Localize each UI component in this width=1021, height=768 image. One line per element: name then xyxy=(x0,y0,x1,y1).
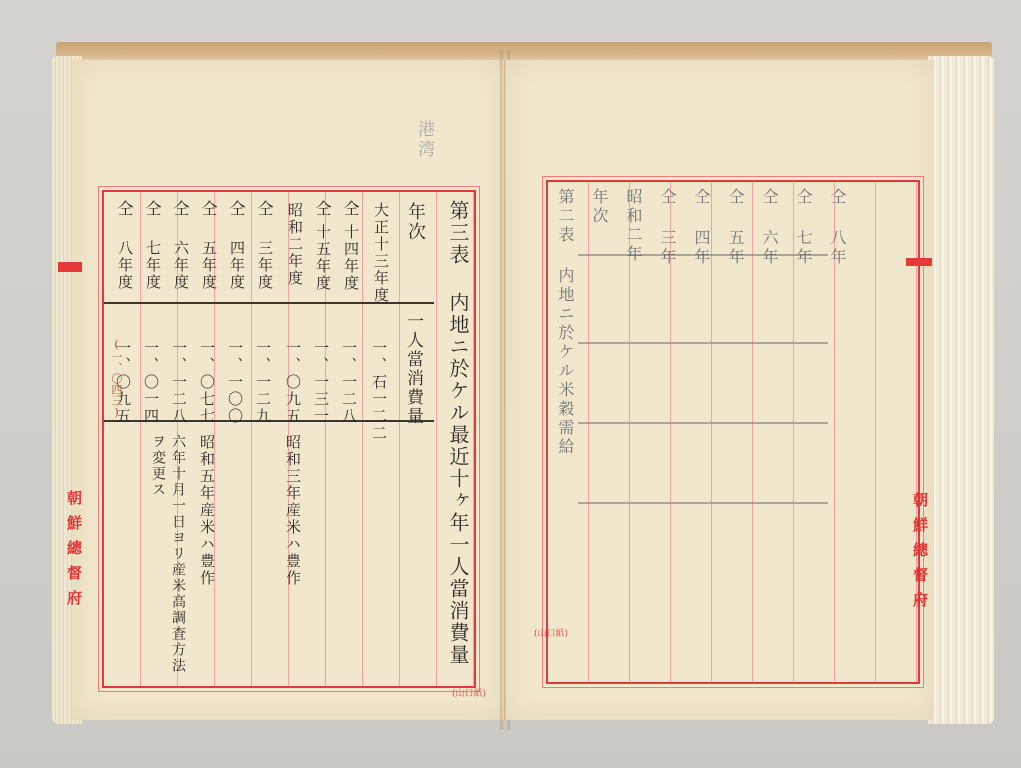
row-year: 八年度 xyxy=(115,240,136,291)
ruled-table-frame-right: 第二表 内地ニ於ケル米穀需給 年次 昭和二年 仝 三年 仝 四年 仝 五年 仝 … xyxy=(546,180,920,684)
bleed-through-header: 年次 xyxy=(588,188,611,226)
table-title: 第三表 内地ニ於ケル最近十ヶ年一人當消費量 xyxy=(448,200,468,666)
ruled-table-frame: 第三表 内地ニ於ケル最近十ヶ年一人當消費量 年次 一人當消費量 大正十三年度 一… xyxy=(102,190,476,688)
pencil-annotation: (一、〇四三) xyxy=(108,338,124,419)
ditto-mark: 仝 xyxy=(197,200,220,218)
red-ruling-tab xyxy=(906,258,932,266)
paper-maker-mark: (山口紙) xyxy=(452,686,486,699)
ditto-mark: 仝 xyxy=(169,200,192,218)
left-page: 港湾 第三表 内地ニ於ケル最近十ヶ年一人當消費量 年次 一人當消費量 大正十三年… xyxy=(72,60,505,720)
side-stamp-left: 朝鮮總督府 xyxy=(64,490,85,615)
row-value: 一、一〇〇 xyxy=(225,340,246,425)
row-year: 昭和二年度 xyxy=(285,202,306,287)
bleed-through-text: 昭和二年 xyxy=(622,188,645,264)
bleed-through-text: 仝 三年 xyxy=(656,188,679,267)
bleed-grid-line xyxy=(578,502,828,504)
row-year: 十五年度 xyxy=(313,224,334,292)
bleed-through-text: 仝 八年 xyxy=(826,188,849,267)
row-value: 一、〇一四 xyxy=(141,340,162,425)
bleed-through-title: 第二表 内地ニ於ケル米穀需給 xyxy=(554,188,577,457)
paper-maker-mark: (山口紙) xyxy=(534,626,568,639)
side-stamp-right: 朝鮮總督府 xyxy=(910,492,931,617)
header-consumption: 一人當消費量 xyxy=(401,312,426,426)
bleed-through-text: 仝 五年 xyxy=(724,188,747,267)
ditto-mark: 仝 xyxy=(253,200,276,218)
ditto-mark: 仝 xyxy=(141,200,164,218)
header-year: 年次 xyxy=(402,202,428,242)
row-value: 一、〇七七 xyxy=(197,340,218,425)
row-year: 六年度 xyxy=(171,240,192,291)
row-year: 四年度 xyxy=(227,240,248,291)
bleed-through-text: 港湾 xyxy=(412,120,437,160)
bleed-through-text: 仝 四年 xyxy=(690,188,713,267)
row-value: 一、一三一 xyxy=(311,340,332,425)
bleed-grid-line xyxy=(578,422,828,424)
bleed-through-text: 仝 六年 xyxy=(758,188,781,267)
footnote: 六年十月一日ヨリ産米高調査方法ヲ変更ス xyxy=(148,434,188,686)
right-page-stack xyxy=(928,56,994,724)
bleed-grid-line xyxy=(578,342,828,344)
ditto-mark: 仝 xyxy=(113,200,136,218)
footnote: 昭和三年産米ハ豊作 xyxy=(283,434,304,587)
ditto-mark: 仝 xyxy=(311,200,334,218)
row-value: 一、〇九五 xyxy=(283,340,304,425)
row-value: 一、一二九 xyxy=(253,340,274,425)
ditto-mark: 仝 xyxy=(225,200,248,218)
footnote: 昭和五年産米ハ豊作 xyxy=(197,434,218,587)
red-ruling-tab xyxy=(58,262,82,272)
row-value: 一、一二八 xyxy=(169,340,190,425)
row-year: 十四年度 xyxy=(341,224,362,292)
row-value: 一、石一二二 xyxy=(369,340,390,442)
row-year: 大正十三年度 xyxy=(371,202,392,304)
row-year: 七年度 xyxy=(143,240,164,291)
row-value: 一、一二八 xyxy=(339,340,360,425)
ditto-mark: 仝 xyxy=(339,200,362,218)
row-year: 三年度 xyxy=(255,240,276,291)
right-page: 第二表 内地ニ於ケル米穀需給 年次 昭和二年 仝 三年 仝 四年 仝 五年 仝 … xyxy=(506,60,934,720)
bleed-through-text: 仝 七年 xyxy=(792,188,815,267)
row-year: 五年度 xyxy=(199,240,220,291)
